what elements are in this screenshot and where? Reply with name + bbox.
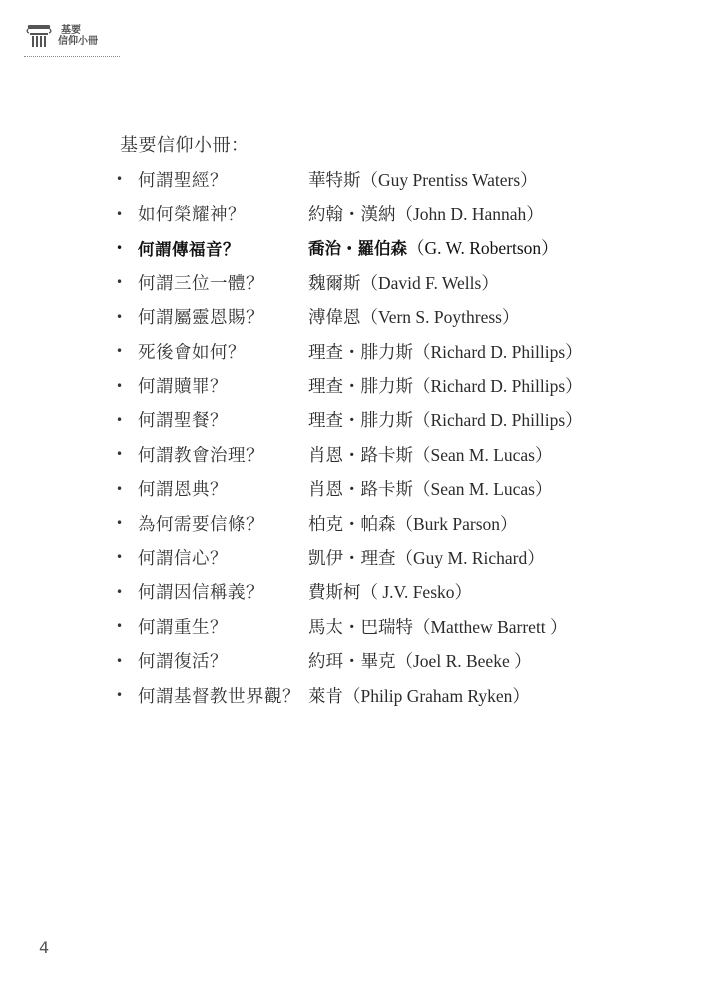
- book-list: • 何謂聖經？ 華特斯（Guy Prentiss Waters） • 如何榮耀神…: [116, 162, 583, 712]
- bullet-icon: •: [116, 585, 138, 599]
- book-author: 喬治・羅伯森（G. W. Robertson）: [308, 235, 559, 260]
- book-title: 為何需要信條？: [138, 511, 308, 536]
- book-author: 肖恩・路卡斯（Sean M. Lucas）: [308, 442, 553, 467]
- author-name-english: （Burk Parson）: [396, 514, 518, 534]
- author-name-chinese: 約珥・畢克: [308, 651, 396, 671]
- author-name-english: （Richard D. Phillips）: [413, 376, 583, 396]
- author-name-chinese: 理查・腓力斯: [308, 342, 413, 362]
- series-name-line1: 基要: [58, 25, 98, 36]
- bullet-icon: •: [116, 413, 138, 427]
- bullet-icon: •: [116, 550, 138, 564]
- book-author: 理查・腓力斯（Richard D. Phillips）: [308, 407, 583, 432]
- bullet-icon: •: [116, 654, 138, 668]
- book-title: 何謂恩典？: [138, 476, 308, 501]
- author-name-english: （Richard D. Phillips）: [413, 342, 583, 362]
- book-author: 馬太・巴瑞特（Matthew Barrett ）: [308, 614, 568, 639]
- author-name-english: （Guy M. Richard）: [396, 548, 545, 568]
- book-author: 魏爾斯（David F. Wells）: [308, 270, 499, 295]
- author-name-chinese: 約翰・漢納: [308, 204, 396, 224]
- author-name-chinese: 喬治・羅伯森: [308, 239, 407, 258]
- bullet-icon: •: [116, 275, 138, 289]
- author-name-chinese: 溥偉恩: [308, 307, 361, 327]
- author-name-english: （Sean M. Lucas）: [413, 479, 553, 499]
- book-list-item: • 何謂恩典？ 肖恩・路卡斯（Sean M. Lucas）: [116, 472, 583, 506]
- bullet-icon: •: [116, 447, 138, 461]
- bullet-icon: •: [116, 688, 138, 702]
- bullet-icon: •: [116, 482, 138, 496]
- author-name-english: （Philip Graham Ryken）: [343, 686, 530, 706]
- page-number: 4: [39, 938, 49, 957]
- book-title: 何謂復活？: [138, 648, 308, 673]
- book-author: 理查・腓力斯（Richard D. Phillips）: [308, 339, 583, 364]
- book-list-item: • 何謂信心？ 凱伊・理查（Guy M. Richard）: [116, 540, 583, 574]
- book-title: 死後會如何？: [138, 339, 308, 364]
- book-list-item: • 何謂基督教世界觀？ 萊肯（Philip Graham Ryken）: [116, 678, 583, 712]
- book-list-item: • 何謂教會治理？ 肖恩・路卡斯（Sean M. Lucas）: [116, 437, 583, 471]
- author-name-chinese: 肖恩・路卡斯: [308, 479, 413, 499]
- author-name-english: （G. W. Robertson）: [407, 238, 559, 258]
- author-name-chinese: 馬太・巴瑞特: [308, 617, 413, 637]
- author-name-chinese: 費斯柯: [308, 582, 361, 602]
- book-title: 何謂教會治理？: [138, 442, 308, 467]
- book-author: 萊肯（Philip Graham Ryken）: [308, 683, 530, 708]
- series-name: 基要 信仰小冊: [58, 25, 98, 47]
- book-list-item: • 何謂屬靈恩賜？ 溥偉恩（Vern S. Poythress）: [116, 300, 583, 334]
- book-list-item: • 何謂因信稱義？ 費斯柯（ J.V. Fesko）: [116, 575, 583, 609]
- bullet-icon: •: [116, 207, 138, 221]
- author-name-english: （David F. Wells）: [361, 273, 499, 293]
- book-list-item-current: • 何謂傳福音？ 喬治・羅伯森（G. W. Robertson）: [116, 231, 583, 265]
- author-name-chinese: 理查・腓力斯: [308, 376, 413, 396]
- author-name-chinese: 萊肯: [308, 686, 343, 706]
- book-list-item: • 何謂聖餐？ 理查・腓力斯（Richard D. Phillips）: [116, 403, 583, 437]
- bullet-icon: •: [116, 516, 138, 530]
- book-title: 何謂基督教世界觀？: [138, 683, 308, 708]
- book-author: 柏克・帕森（Burk Parson）: [308, 511, 518, 536]
- book-list-item: • 何謂三位一體？ 魏爾斯（David F. Wells）: [116, 265, 583, 299]
- book-author: 溥偉恩（Vern S. Poythress）: [308, 304, 519, 329]
- author-name-english: （Sean M. Lucas）: [413, 445, 553, 465]
- bullet-icon: •: [116, 344, 138, 358]
- book-list-item: • 何謂聖經？ 華特斯（Guy Prentiss Waters）: [116, 162, 583, 196]
- book-author: 肖恩・路卡斯（Sean M. Lucas）: [308, 476, 553, 501]
- book-title: 何謂聖經？: [138, 167, 308, 192]
- bullet-icon: •: [116, 379, 138, 393]
- book-title: 何謂屬靈恩賜？: [138, 304, 308, 329]
- book-title: 何謂信心？: [138, 545, 308, 570]
- author-name-chinese: 魏爾斯: [308, 273, 361, 293]
- author-name-chinese: 肖恩・路卡斯: [308, 445, 413, 465]
- book-title: 何謂重生？: [138, 614, 308, 639]
- author-name-english: （Richard D. Phillips）: [413, 410, 583, 430]
- book-title: 如何榮耀神？: [138, 201, 308, 226]
- book-author: 費斯柯（ J.V. Fesko）: [308, 579, 472, 604]
- book-title: 何謂傳福音？: [138, 236, 308, 260]
- book-author: 約珥・畢克（Joel R. Beeke ）: [308, 648, 532, 673]
- book-list-item: • 何謂贖罪？ 理查・腓力斯（Richard D. Phillips）: [116, 368, 583, 402]
- author-name-english: （Matthew Barrett ）: [413, 617, 568, 637]
- ionic-column-icon: [26, 24, 52, 48]
- book-author: 理查・腓力斯（Richard D. Phillips）: [308, 373, 583, 398]
- bullet-icon: •: [116, 310, 138, 324]
- bullet-icon: •: [116, 241, 138, 255]
- header-dotted-divider: [24, 56, 120, 57]
- series-logo: 基要 信仰小冊: [26, 24, 98, 48]
- book-list-item: • 死後會如何？ 理查・腓力斯（Richard D. Phillips）: [116, 334, 583, 368]
- book-list-item: • 何謂復活？ 約珥・畢克（Joel R. Beeke ）: [116, 643, 583, 677]
- author-name-chinese: 柏克・帕森: [308, 514, 396, 534]
- author-name-chinese: 華特斯: [308, 170, 361, 190]
- author-name-english: （Joel R. Beeke ）: [396, 651, 532, 671]
- author-name-english: （ J.V. Fesko）: [361, 582, 473, 602]
- book-list-item: • 為何需要信條？ 柏克・帕森（Burk Parson）: [116, 506, 583, 540]
- series-name-line2: 信仰小冊: [58, 36, 98, 47]
- book-author: 約翰・漢納（John D. Hannah）: [308, 201, 544, 226]
- author-name-english: （Guy Prentiss Waters）: [361, 170, 538, 190]
- book-title: 何謂三位一體？: [138, 270, 308, 295]
- bullet-icon: •: [116, 619, 138, 633]
- book-list-item: • 如何榮耀神？ 約翰・漢納（John D. Hannah）: [116, 196, 583, 230]
- bullet-icon: •: [116, 172, 138, 186]
- author-name-chinese: 理查・腓力斯: [308, 410, 413, 430]
- author-name-english: （John D. Hannah）: [396, 204, 544, 224]
- book-author: 華特斯（Guy Prentiss Waters）: [308, 167, 538, 192]
- author-name-chinese: 凱伊・理查: [308, 548, 396, 568]
- book-title: 何謂聖餐？: [138, 407, 308, 432]
- author-name-english: （Vern S. Poythress）: [361, 307, 520, 327]
- book-author: 凱伊・理查（Guy M. Richard）: [308, 545, 545, 570]
- series-heading: 基要信仰小冊：: [120, 131, 250, 157]
- book-title: 何謂贖罪？: [138, 373, 308, 398]
- book-title: 何謂因信稱義？: [138, 579, 308, 604]
- book-list-item: • 何謂重生？ 馬太・巴瑞特（Matthew Barrett ）: [116, 609, 583, 643]
